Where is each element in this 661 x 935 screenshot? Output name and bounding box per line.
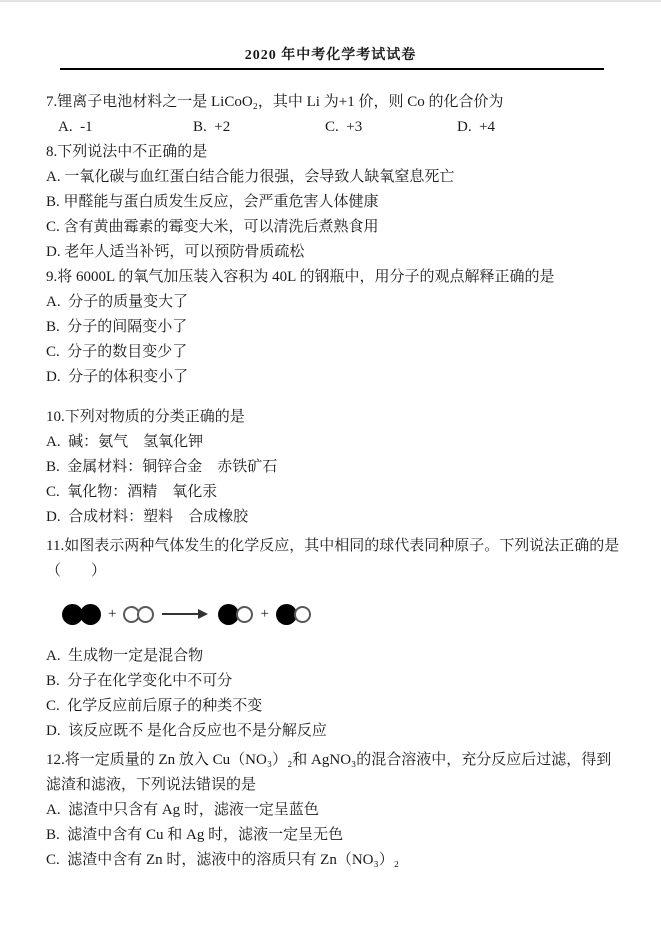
atom-black-icon bbox=[80, 604, 101, 625]
question-11-option-a: A. 生成物一定是混合物 bbox=[46, 644, 621, 669]
question-8-option-c: C. 含有黄曲霉素的霉变大米，可以清洗后煮熟食用 bbox=[46, 215, 621, 240]
plus-sign: + bbox=[260, 606, 268, 623]
question-9-stem: 9.将 6000L 的氧气加压装入容积为 40L 的钢瓶中，用分子的观点解释正确… bbox=[46, 265, 621, 290]
atom-white-icon bbox=[236, 606, 253, 623]
question-10-option-b: B. 金属材料：铜锌合金 赤铁矿石 bbox=[46, 455, 621, 480]
question-10-option-a: A. 碱：氨气 氢氧化钾 bbox=[46, 430, 621, 455]
question-9-option-d: D. 分子的体积变小了 bbox=[46, 365, 621, 390]
product-molecule-1 bbox=[218, 604, 253, 625]
reaction-arrow-icon bbox=[162, 613, 206, 615]
question-8-option-b: B. 甲醛能与蛋白质发生反应，会严重危害人体健康 bbox=[46, 190, 621, 215]
exam-paper-page: 2020 年中考化学考试试卷 7.锂离子电池材料之一是 LiCoO₂，其中 Li… bbox=[0, 0, 661, 935]
plus-sign: + bbox=[108, 606, 116, 623]
reactant-molecule-2 bbox=[123, 606, 154, 623]
question-7-option-c: C. +3 bbox=[325, 115, 457, 140]
reaction-diagram: + + bbox=[62, 592, 621, 636]
question-9-option-b: B. 分子的间隔变小了 bbox=[46, 315, 621, 340]
question-12-option-c: C. 滤渣中含有 Zn 时，滤液中的溶质只有 Zn（NO₃）₂ bbox=[46, 848, 621, 873]
question-10-stem: 10.下列对物质的分类正确的是 bbox=[46, 405, 621, 430]
question-8-option-d: D. 老年人适当补钙，可以预防骨质疏松 bbox=[46, 240, 621, 265]
question-11-stem: 11.如图表示两种气体发生的化学反应，其中相同的球代表同种原子。下列说法正确的是… bbox=[46, 534, 621, 584]
question-11-option-d: D. 该反应既不 是化合反应也不是分解反应 bbox=[46, 719, 621, 744]
question-11-option-c: C. 化学反应前后原子的种类不变 bbox=[46, 694, 621, 719]
question-8-option-a: A. 一氧化碳与血红蛋白结合能力很强，会导致人缺氧窒息死亡 bbox=[46, 165, 621, 190]
question-12-option-a: A. 滤渣中只含有 Ag 时，滤液一定呈蓝色 bbox=[46, 798, 621, 823]
question-12-option-b: B. 滤渣中含有 Cu 和 Ag 时，滤液一定呈无色 bbox=[46, 823, 621, 848]
product-molecule-2 bbox=[276, 604, 311, 625]
question-9-option-c: C. 分子的数目变少了 bbox=[46, 340, 621, 365]
question-11-option-b: B. 分子在化学变化中不可分 bbox=[46, 669, 621, 694]
question-7-option-a: A. -1 bbox=[58, 115, 193, 140]
question-7-option-b: B. +2 bbox=[193, 115, 325, 140]
question-9-option-a: A. 分子的质量变大了 bbox=[46, 290, 621, 315]
question-10-option-c: C. 氧化物：酒精 氧化汞 bbox=[46, 480, 621, 505]
question-7-options-row: A. -1 B. +2 C. +3 D. +4 bbox=[58, 115, 621, 140]
reactant-molecule-1 bbox=[62, 604, 101, 625]
exam-title: 2020 年中考化学考试试卷 bbox=[0, 2, 661, 64]
question-7-option-d: D. +4 bbox=[457, 115, 495, 140]
question-8-stem: 8.下列说法中不正确的是 bbox=[46, 140, 621, 165]
atom-white-icon bbox=[137, 606, 154, 623]
header-rule bbox=[60, 68, 604, 70]
question-7-stem: 7.锂离子电池材料之一是 LiCoO₂，其中 Li 为+1 价，则 Co 的化合… bbox=[46, 90, 621, 115]
exam-body: 7.锂离子电池材料之一是 LiCoO₂，其中 Li 为+1 价，则 Co 的化合… bbox=[46, 90, 621, 873]
question-10-option-d: D. 合成材料：塑料 合成橡胶 bbox=[46, 505, 621, 530]
question-12-stem: 12.将一定质量的 Zn 放入 Cu（NO₃）₂和 AgNO₃的混合溶液中，充分… bbox=[46, 748, 621, 798]
atom-white-icon bbox=[294, 606, 311, 623]
